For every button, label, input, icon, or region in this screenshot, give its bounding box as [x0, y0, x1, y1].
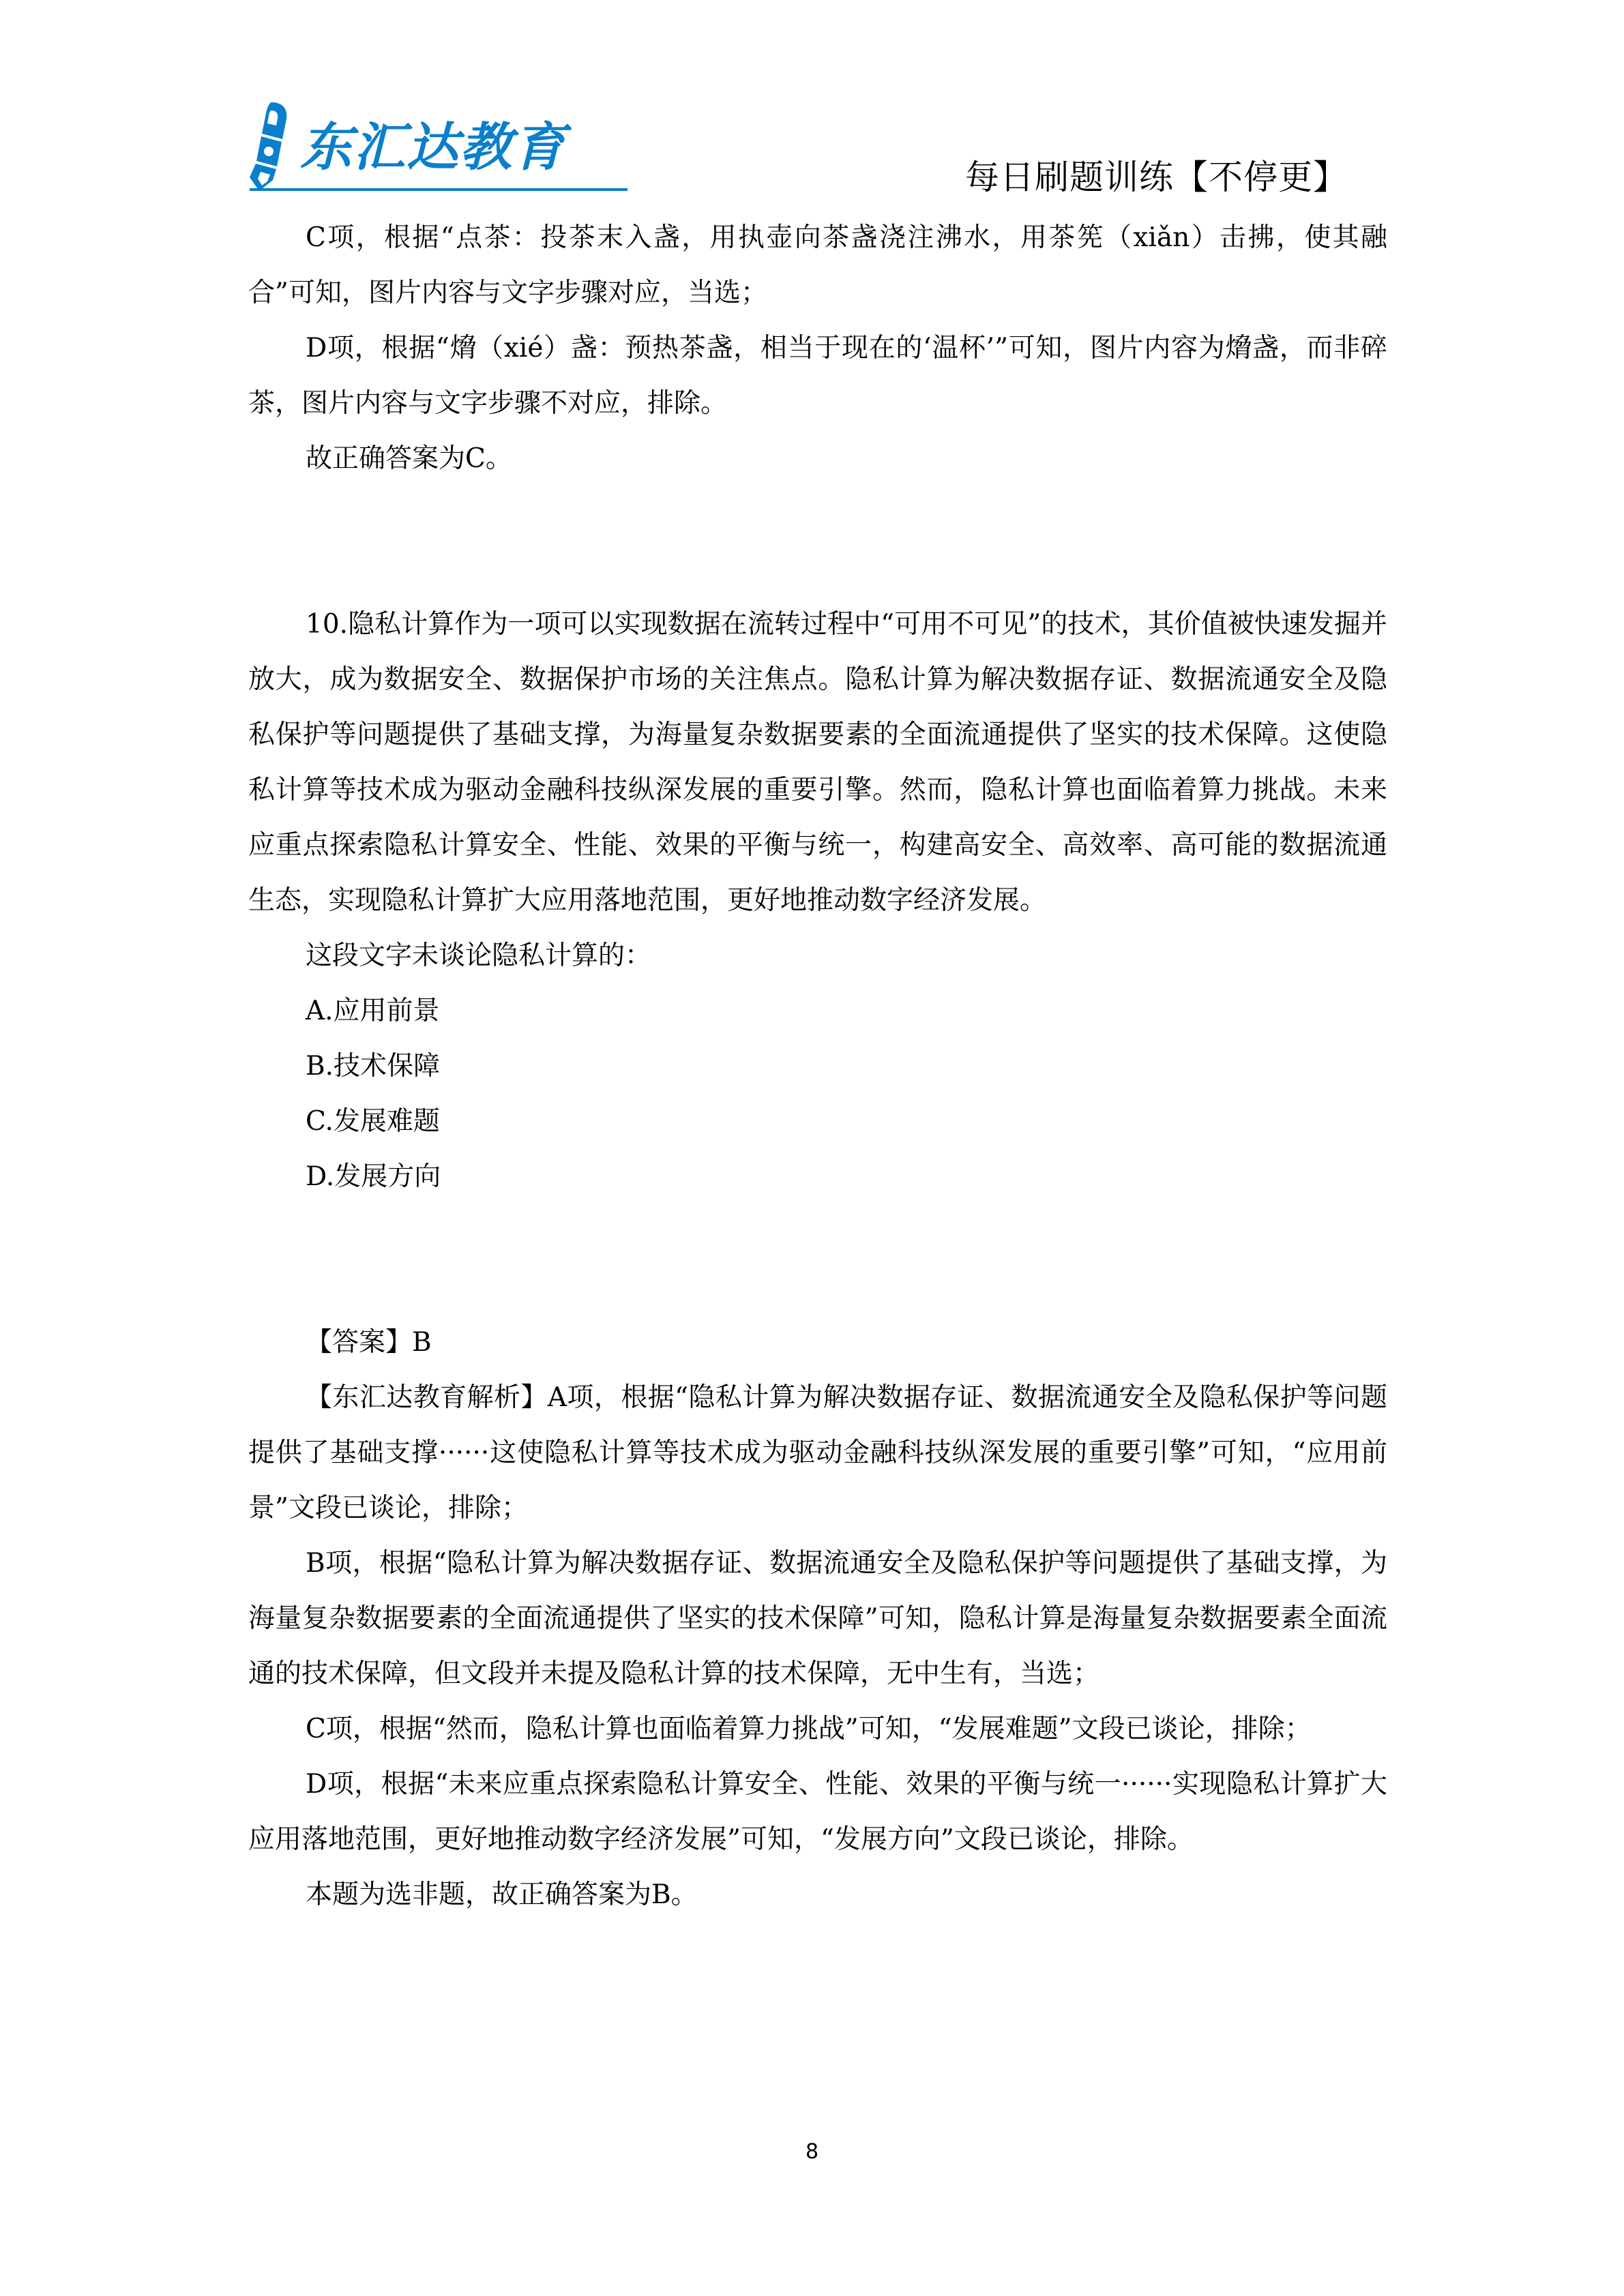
option-c: C.发展难题 [248, 1094, 1387, 1149]
prev-analysis-c: C项，根据“点茶：投茶末入盏，用执壶向茶盏浇注沸水，用茶筅（xiǎn）击拂，使其… [248, 210, 1387, 320]
answer-label: 【答案】B [248, 1315, 1387, 1370]
pencil-icon [244, 101, 299, 196]
page-number: 8 [0, 2140, 1624, 2164]
option-a: A.应用前景 [248, 983, 1387, 1039]
spacer [248, 486, 1387, 597]
question-prompt: 这段文字未谈论隐私计算的： [248, 928, 1387, 983]
logo-underline [259, 188, 628, 191]
spacer [248, 1204, 1387, 1315]
analysis-d: D项，根据“未来应重点探索隐私计算安全、性能、效果的平衡与统一······实现隐… [248, 1757, 1387, 1867]
answer-conclusion: 本题为选非题，故正确答案为B。 [248, 1867, 1387, 1922]
page-header-title: 每日刷题训练【不停更】 [965, 157, 1348, 198]
prev-conclusion: 故正确答案为C。 [248, 431, 1387, 486]
analysis-a: 【东汇达教育解析】A项，根据“隐私计算为解决数据存证、数据流通安全及隐私保护等问… [248, 1370, 1387, 1536]
document-body: C项，根据“点茶：投茶末入盏，用执壶向茶盏浇注沸水，用茶筅（xiǎn）击拂，使其… [248, 210, 1387, 1922]
analysis-c: C项，根据“然而，隐私计算也面临着算力挑战”可知，“发展难题”文段已谈论，排除； [248, 1701, 1387, 1757]
option-b: B.技术保障 [248, 1039, 1387, 1094]
prev-analysis-d: D项，根据“熁（xié）盏：预热茶盏，相当于现在的‘温杯’”可知，图片内容为熁盏… [248, 320, 1387, 431]
analysis-b: B项，根据“隐私计算为解决数据存证、数据流通安全及隐私保护等问题提供了基础支撑，… [248, 1536, 1387, 1701]
brand-logo: 东汇达教育 [244, 101, 626, 196]
question-stem: 10.隐私计算作为一项可以实现数据在流转过程中“可用不可见”的技术，其价值被快速… [248, 597, 1387, 928]
logo-text: 东汇达教育 [300, 121, 566, 173]
option-d: D.发展方向 [248, 1149, 1387, 1204]
